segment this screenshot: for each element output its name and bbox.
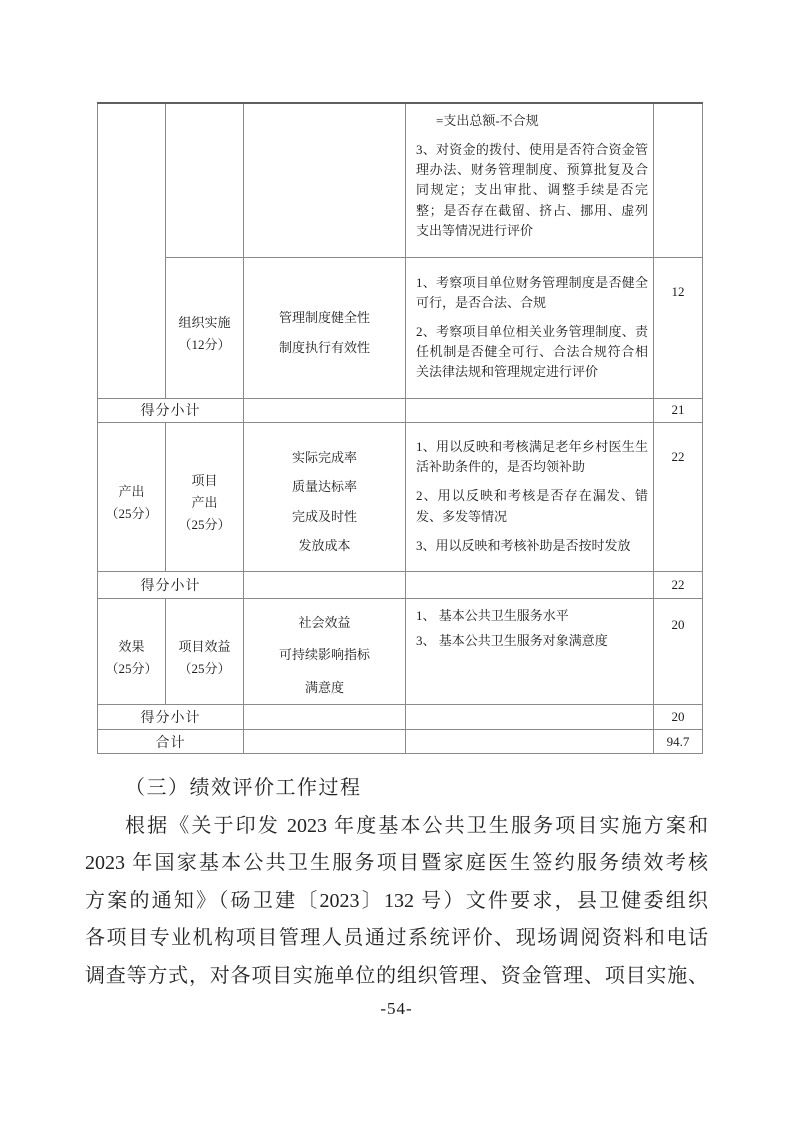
empty-cell: [244, 398, 406, 422]
table-row-subtotal: 得分小计 21: [98, 398, 703, 422]
subcategory-cell-empty: [166, 103, 244, 257]
category-cell-empty: [98, 103, 166, 398]
subtotal-label: 得分小计: [98, 705, 244, 730]
description-cell: 1、考察项目单位财务管理制度是否健全可行，是否合法、合规 2、考察项目单位相关业…: [406, 257, 654, 398]
empty-cell: [406, 730, 654, 754]
paragraph-line: 2023 年国家基本公共卫生服务项目暨家庭医生签约服务绩效考核: [85, 845, 708, 883]
paragraph-line: 调查等方式，对各项目实施单位的组织管理、资金管理、项目实施、: [85, 958, 708, 996]
total-label: 合计: [98, 730, 244, 754]
description-cell: 1、用以反映和考核满足老年乡村医生生活补助条件的，是否均领补助 2、用以反映和考…: [406, 422, 654, 571]
subcategory-cell: 项目 产出 （25分）: [166, 422, 244, 571]
table-row-subtotal: 得分小计 20: [98, 705, 703, 730]
score-cell-empty: [654, 103, 703, 257]
empty-cell: [244, 730, 406, 754]
description-item: 3、 基本公共卫生服务对象满意度: [416, 631, 648, 651]
category-cell: 产出 （25分）: [98, 422, 166, 571]
table-row-org-implementation: 组织实施 （12分） 管理制度健全性 制度执行有效性 1、考察项目单位财务管理制…: [98, 257, 703, 398]
total-score: 94.7: [654, 730, 703, 754]
empty-cell: [406, 398, 654, 422]
indicator-cell: 社会效益 可持续影响指标 满意度: [244, 598, 406, 705]
subcategory-cell: 组织实施 （12分）: [166, 257, 244, 398]
paragraph-line: 方案的通知》（砀卫建〔2023〕132 号）文件要求，县卫健委组织: [85, 883, 708, 921]
subcategory-cell: 项目效益 （25分）: [166, 598, 244, 705]
paragraph-line: 各项目专业机构项目管理人员通过系统评价、现场调阅资料和电话: [85, 920, 708, 958]
table-row-effect: 效果 （25分） 项目效益 （25分） 社会效益 可持续影响指标 满意度 1、 …: [98, 598, 703, 705]
empty-cell: [244, 705, 406, 730]
description-item: 1、用以反映和考核满足老年乡村医生生活补助条件的，是否均领补助: [416, 437, 648, 477]
indicator-cell: 实际完成率 质量达标率 完成及时性 发放成本: [244, 422, 406, 571]
table-row-total: 合计 94.7: [98, 730, 703, 754]
document-page: =支出总额-不合规 3、对资金的拨付、使用是否符合资金管理办法、财务管理制度、预…: [0, 0, 793, 1122]
section-heading: （三）绩效评价工作过程: [85, 770, 708, 808]
description-item: 2、考察项目单位相关业务管理制度、责任机制是否健全可行、合法合规符合相关法律法规…: [416, 322, 648, 382]
indicator-cell: 管理制度健全性 制度执行有效性: [244, 257, 406, 398]
subtotal-label: 得分小计: [98, 571, 244, 598]
section-evaluation-process: （三）绩效评价工作过程 根据《关于印发 2023 年度基本公共卫生服务项目实施方…: [85, 770, 708, 995]
subtotal-score: 21: [654, 398, 703, 422]
table-row-subtotal: 得分小计 22: [98, 571, 703, 598]
performance-evaluation-table: =支出总额-不合规 3、对资金的拨付、使用是否符合资金管理办法、财务管理制度、预…: [97, 102, 703, 754]
empty-cell: [406, 705, 654, 730]
category-cell: 效果 （25分）: [98, 598, 166, 705]
subtotal-score: 20: [654, 705, 703, 730]
description-item: 3、用以反映和考核补助是否按时发放: [416, 536, 648, 556]
score-cell: 20: [654, 598, 703, 705]
paragraph-line: 根据《关于印发 2023 年度基本公共卫生服务项目实施方案和: [85, 808, 708, 846]
description-item: 1、考察项目单位财务管理制度是否健全可行，是否合法、合规: [416, 273, 648, 313]
description-cell: =支出总额-不合规 3、对资金的拨付、使用是否符合资金管理办法、财务管理制度、预…: [406, 103, 654, 257]
indicator-cell-empty: [244, 103, 406, 257]
subtotal-score: 22: [654, 571, 703, 598]
score-cell: 12: [654, 257, 703, 398]
table-row-output: 产出 （25分） 项目 产出 （25分） 实际完成率 质量达标率 完成及时性 发…: [98, 422, 703, 571]
empty-cell: [244, 571, 406, 598]
score-cell: 22: [654, 422, 703, 571]
empty-cell: [406, 571, 654, 598]
description-item: 1、 基本公共卫生服务水平: [416, 606, 648, 626]
description-item: 2、用以反映和考核是否存在漏发、错发、多发等情况: [416, 486, 648, 526]
description-formula: =支出总额-不合规: [436, 111, 648, 131]
subtotal-label: 得分小计: [98, 398, 244, 422]
description-item: 3、对资金的拨付、使用是否符合资金管理办法、财务管理制度、预算批复及合同规定；支…: [416, 140, 648, 241]
table-row-continuation: =支出总额-不合规 3、对资金的拨付、使用是否符合资金管理办法、财务管理制度、预…: [98, 103, 703, 257]
description-cell: 1、 基本公共卫生服务水平 3、 基本公共卫生服务对象满意度: [406, 598, 654, 705]
page-number: -54-: [0, 999, 793, 1019]
